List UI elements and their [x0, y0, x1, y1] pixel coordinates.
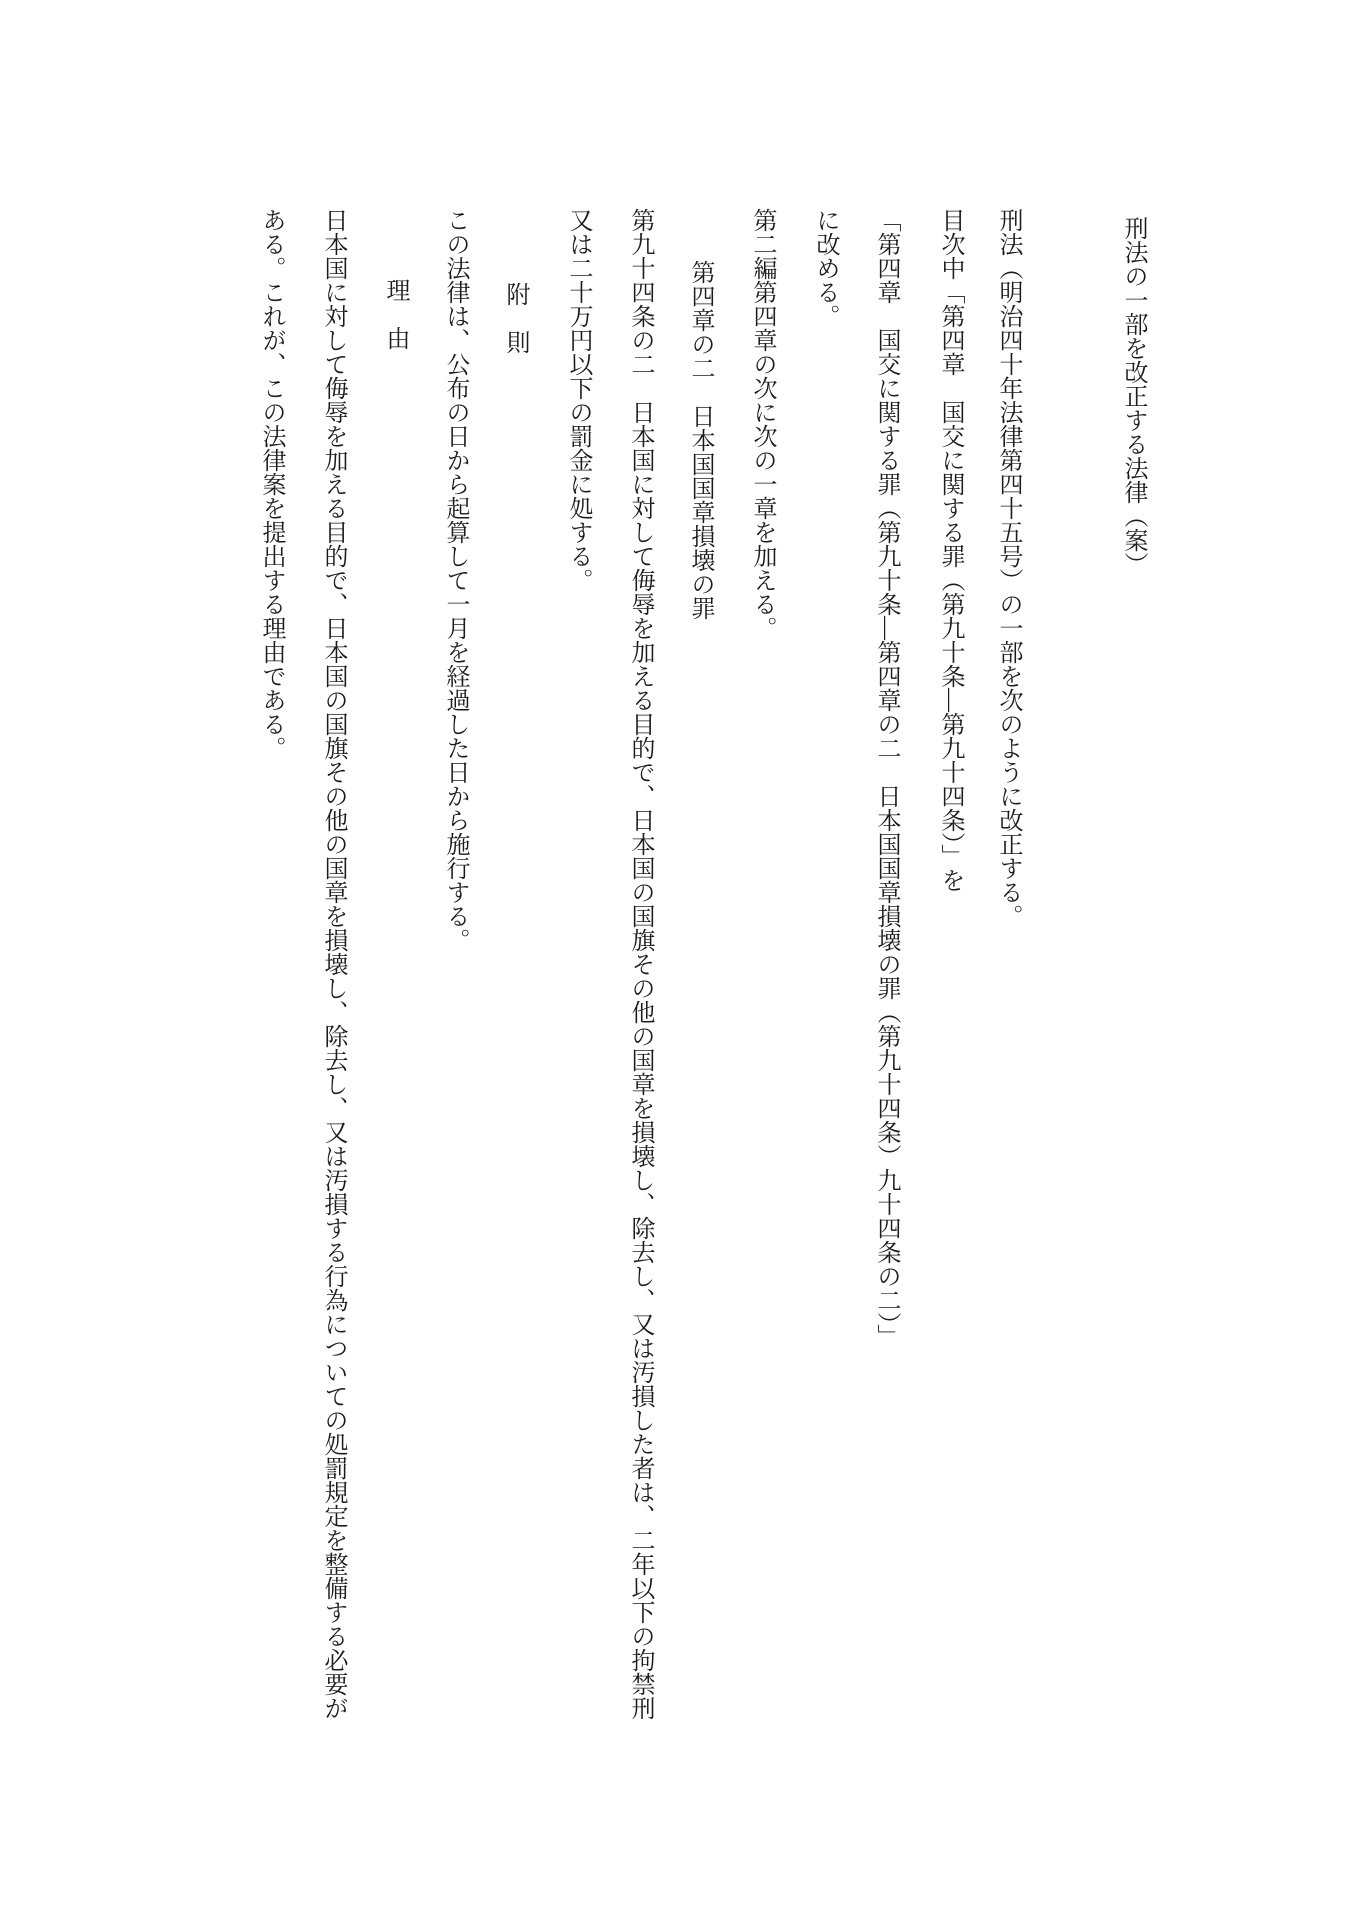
- line-amendment-intro: 刑法（明治四十年法律第四十五号）の一部を次のように改正する。: [977, 208, 1039, 928]
- line-reason-body-cont: ある。これが、この法律案を提出する理由である。: [240, 208, 302, 760]
- line-article-94-2-cont: 又は二十万円以下の罰金に処する。: [547, 208, 609, 592]
- line-reason-heading: 理 由: [364, 278, 426, 350]
- line-supplementary-provision: この法律は、公布の日から起算して一月を経過した日から施行する。: [424, 208, 486, 952]
- page-title: 刑法の一部を改正する法律（案）: [1102, 216, 1164, 576]
- line-toc-amend-new: 「第四章 国交に関する罪（第九十条―第四章の二 日本国国章損壊の罪（第九十四条）…: [855, 208, 917, 1348]
- line-chapter-heading: 第四章の二 日本国国章損壊の罪: [669, 260, 731, 620]
- line-toc-amend-close: に改める。: [794, 208, 856, 328]
- line-reason-body: 日本国に対して侮辱を加える目的で、日本国の国旗その他の国章を損壊し、除去し、又は…: [302, 208, 364, 1720]
- document-page: 刑法の一部を改正する法律（案） 刑法（明治四十年法律第四十五号）の一部を次のよう…: [0, 0, 1357, 1920]
- line-article-94-2: 第九十四条の二 日本国に対して侮辱を加える目的で、日本国の国旗その他の国章を損壊…: [609, 208, 671, 1720]
- line-add-chapter: 第二編第四章の次に次の一章を加える。: [731, 208, 793, 640]
- line-toc-amend-old: 目次中「第四章 国交に関する罪（第九十条―第九十四条）」を: [919, 208, 981, 892]
- line-supplementary-heading: 附 則: [484, 282, 546, 354]
